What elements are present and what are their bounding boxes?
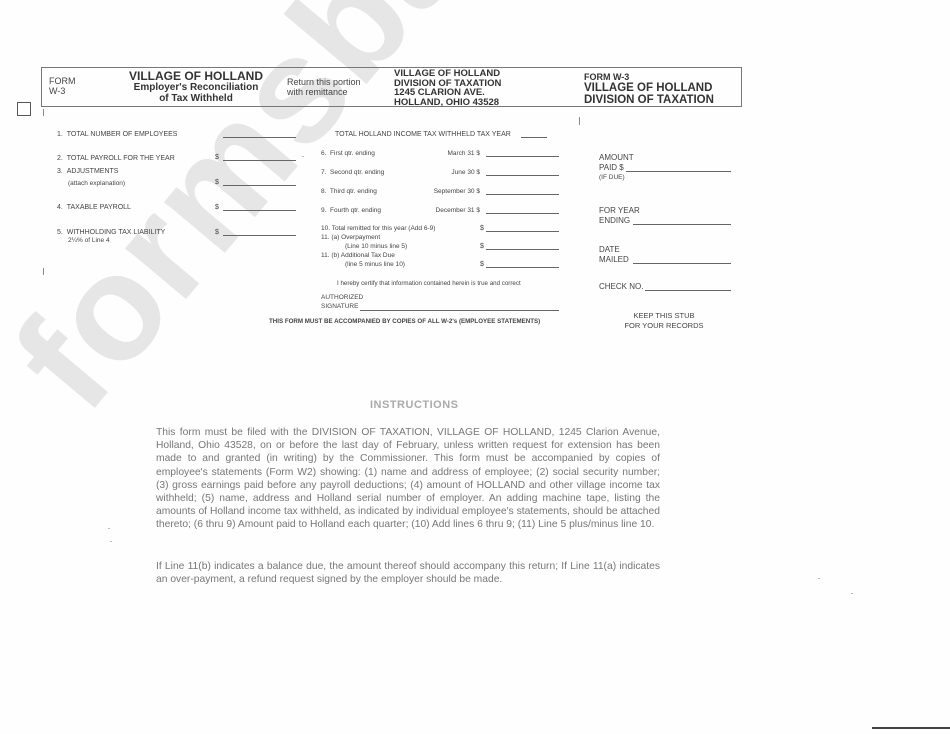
scan-speck — [818, 578, 820, 579]
field-4-label: 4. TAXABLE PAYROLL — [57, 204, 131, 212]
q4-label: 9. Fourth qtr. ending — [321, 206, 381, 215]
keep-stub-note: KEEP THIS STUB FOR YOUR RECORDS — [614, 311, 714, 331]
title-line-1: VILLAGE OF HOLLAND — [120, 70, 272, 82]
year-label-2: ENDING — [599, 216, 630, 226]
field-5-input[interactable] — [223, 235, 296, 236]
mailing-address: VILLAGE OF HOLLAND DIVISION OF TAXATION … — [394, 69, 501, 107]
currency-symbol: $ — [215, 229, 219, 236]
check-label: CHECK NO. — [599, 282, 643, 292]
year-label-1: FOR YEAR — [599, 206, 640, 216]
checkbox[interactable] — [17, 102, 31, 116]
keep-line-2: FOR YOUR RECORDS — [614, 321, 714, 331]
line-11b-input[interactable] — [486, 267, 559, 268]
instructions-paragraph-2: If Line 11(b) indicates a balance due, t… — [156, 560, 660, 586]
signature-label-1: AUTHORIZED — [321, 293, 363, 302]
return-note: Return this portion with remittance — [287, 77, 361, 97]
field-5-sublabel: 2¼% of Line 4 — [68, 236, 110, 245]
scan-speck — [110, 541, 112, 542]
field-3-input[interactable] — [223, 185, 296, 186]
q3-input[interactable] — [486, 194, 559, 195]
check-number-input[interactable] — [645, 290, 731, 291]
address-line: HOLLAND, OHIO 43528 — [394, 98, 501, 108]
year-ending-input[interactable] — [633, 224, 731, 225]
certification-text: I hereby certify that information contai… — [337, 279, 521, 288]
field-1-label: 1. TOTAL NUMBER OF EMPLOYEES — [57, 131, 177, 139]
tick-mark — [579, 117, 580, 125]
q3-date: September 30 $ — [400, 187, 480, 196]
return-line-1: Return this portion — [287, 77, 361, 87]
line-10-input[interactable] — [486, 231, 559, 232]
amount-paid-input[interactable] — [626, 171, 731, 172]
stub-header: FORM W-3 VILLAGE OF HOLLAND DIVISION OF … — [584, 72, 714, 106]
q4-date: December 31 $ — [400, 206, 480, 215]
scan-speck — [302, 156, 304, 157]
form-label: FORM — [49, 76, 76, 86]
stub-title-1: VILLAGE OF HOLLAND — [584, 82, 714, 94]
form-id: FORM W-3 — [49, 76, 76, 96]
form-page: FORM W-3 VILLAGE OF HOLLAND Employer's R… — [0, 0, 950, 734]
q2-input[interactable] — [486, 175, 559, 176]
tick-mark — [43, 109, 44, 116]
field-2-label: 2. TOTAL PAYROLL FOR THE YEAR — [57, 155, 175, 163]
currency-symbol: $ — [480, 261, 484, 268]
stub-form-id: FORM W-3 — [584, 72, 714, 82]
q1-date: March 31 $ — [400, 149, 480, 158]
withheld-heading: TOTAL HOLLAND INCOME TAX WITHHELD TAX YE… — [335, 131, 511, 139]
scan-speck — [851, 593, 853, 594]
bottom-rule — [872, 727, 950, 729]
tax-year-input[interactable] — [521, 137, 547, 138]
date-label-1: DATE — [599, 245, 620, 255]
line-11a-input[interactable] — [486, 249, 559, 250]
currency-symbol: $ — [480, 243, 484, 250]
line-11b-sublabel: (line 5 minus line 10) — [345, 260, 405, 269]
amount-label-1: AMOUNT — [599, 153, 634, 163]
scan-speck — [108, 528, 110, 529]
signature-input[interactable] — [360, 310, 559, 311]
title-line-2: Employer's Reconciliation — [120, 82, 272, 93]
currency-symbol: $ — [215, 154, 219, 161]
q2-date: June 30 $ — [400, 168, 480, 177]
field-4-input[interactable] — [223, 210, 296, 211]
form-number: W-3 — [49, 86, 76, 96]
currency-symbol: $ — [215, 204, 219, 211]
field-3-sublabel: (attach explanation) — [68, 179, 125, 188]
q1-label: 6. First qtr. ending — [321, 149, 375, 158]
line-11a-sublabel: (Line 10 minus line 5) — [345, 242, 407, 251]
return-line-2: with remittance — [287, 87, 361, 97]
amount-note: (IF DUE) — [599, 173, 625, 182]
stub-title-2: DIVISION OF TAXATION — [584, 94, 714, 106]
instructions-paragraph-1: This form must be filed with the DIVISIO… — [156, 426, 660, 532]
signature-label-2: SIGNATURE — [321, 302, 358, 311]
date-label-2: MAILED — [599, 255, 629, 265]
date-mailed-input[interactable] — [633, 263, 731, 264]
line-10-label: 10. Total remitted for this year (Add 6-… — [321, 224, 435, 233]
q2-label: 7. Second qtr. ending — [321, 168, 384, 177]
form-title: VILLAGE OF HOLLAND Employer's Reconcilia… — [120, 70, 272, 104]
instructions-title: INSTRUCTIONS — [370, 399, 459, 411]
line-11b-label: 11. (b) Additional Tax Due — [321, 251, 395, 260]
amount-label-2: PAID $ — [599, 163, 624, 173]
tick-mark — [43, 268, 44, 275]
q1-input[interactable] — [486, 156, 559, 157]
title-line-3: of Tax Withheld — [120, 93, 272, 104]
currency-symbol: $ — [215, 179, 219, 186]
currency-symbol: $ — [480, 225, 484, 232]
keep-line-1: KEEP THIS STUB — [614, 311, 714, 321]
line-11a-label: 11. (a) Overpayment — [321, 233, 380, 242]
field-1-input[interactable] — [223, 137, 296, 138]
q3-label: 8. Third qtr. ending — [321, 187, 377, 196]
q4-input[interactable] — [486, 213, 559, 214]
w2-notice: THIS FORM MUST BE ACCOMPANIED BY COPIES … — [269, 318, 540, 325]
field-3-label: 3. ADJUSTMENTS — [57, 168, 118, 176]
field-2-input[interactable] — [223, 160, 296, 161]
